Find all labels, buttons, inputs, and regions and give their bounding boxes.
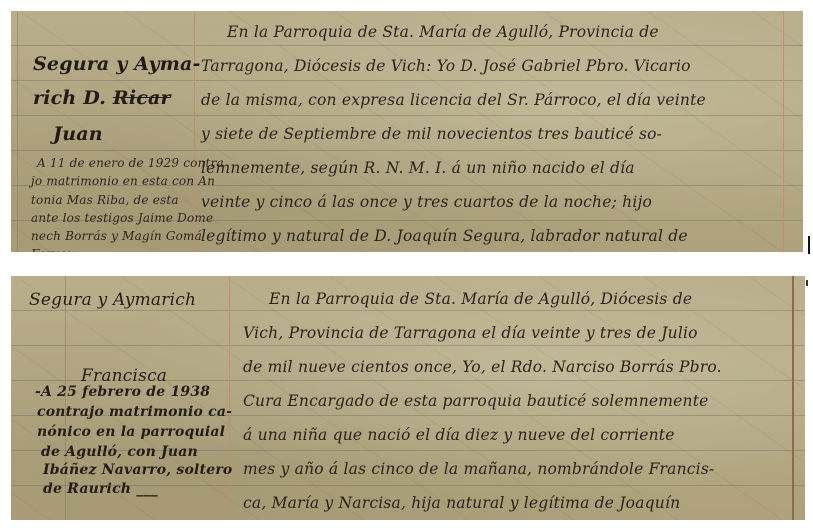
entry-line: Cura Encargado de esta parroquia bauticé…	[243, 392, 709, 410]
margin-surname: Segura y Aymarich	[29, 290, 196, 310]
margin-annotation-line: de Raurich ___	[43, 481, 158, 497]
margin-given-name: Francisca	[81, 366, 167, 386]
text-cursor-mark	[808, 236, 810, 254]
margin-annotation-line: -A 25 febrero de 1938	[35, 384, 210, 400]
entry-line: En la Parroquia de Sta. María de Agulló,…	[269, 290, 692, 308]
entry-line: á una niña que nació el día diez y nueve…	[243, 426, 675, 444]
entry-line: Vich, Provincia de Tarragona el día vein…	[243, 324, 698, 342]
entry-line: Tarragona, Diócesis de Vich: Yo D. José …	[201, 57, 691, 75]
margin-surname-part: rich D.	[33, 87, 113, 109]
margin-annotation-line: Ibáñez Navarro, soltero	[43, 462, 232, 478]
entry-line: mes y año á las cinco de la mañana, nomb…	[243, 460, 714, 478]
margin-annotation-line: nónico en la parroquial	[37, 424, 225, 440]
edge-mark	[806, 280, 808, 286]
margin-annotation-line: jo matrimonio en esta con An	[31, 174, 215, 188]
margin-annotation-line: nech Borrás y Magín Gomá	[31, 229, 202, 243]
margin-surname-line1: Segura y Ayma-	[33, 53, 201, 75]
top-register-scan: Segura y Ayma- rich D. Ricar Juan A 11 d…	[11, 11, 803, 252]
struck-text: Ricar	[113, 87, 171, 109]
entry-line: y siete de Septiembre de mil novecientos…	[201, 125, 662, 143]
right-margin-line	[783, 11, 784, 252]
entry-line: de la misma, con expresa licencia del Sr…	[201, 91, 706, 109]
entry-line: lemnemente, según R. N. M. I. á un niño …	[201, 159, 635, 177]
margin-annotation-line: contrajo matrimonio ca-	[37, 404, 232, 420]
entry-line: veinte y cinco á las once y tres cuartos…	[201, 193, 652, 211]
left-margin-line	[17, 11, 18, 252]
margin-annotation-line: ante los testigos Jaime Dome	[31, 211, 213, 225]
entry-line: legítimo y natural de D. Joaquín Segura,…	[201, 227, 688, 245]
margin-annotation-line: Fervaz.	[31, 247, 77, 252]
bottom-register-scan: Segura y Aymarich Francisca -A 25 febrer…	[11, 276, 805, 520]
margin-column-divider	[229, 276, 230, 520]
margin-surname-line2: rich D. Ricar	[33, 87, 171, 109]
entry-line: de mil nueve cientos once, Yo, el Rdo. N…	[243, 358, 722, 376]
margin-annotation-line: A 11 de enero de 1929 contra	[37, 156, 224, 170]
entry-line: En la Parroquia de Sta. María de Agulló,…	[227, 23, 659, 41]
entry-line: ca, María y Narcisa, hija natural y legí…	[243, 494, 680, 512]
right-margin-line	[792, 276, 794, 520]
margin-given-name: Juan	[53, 123, 103, 145]
margin-annotation-line: de Agulló, con Juan	[41, 444, 198, 460]
margin-annotation-line: tonia Mas Riba, de esta	[31, 193, 179, 207]
